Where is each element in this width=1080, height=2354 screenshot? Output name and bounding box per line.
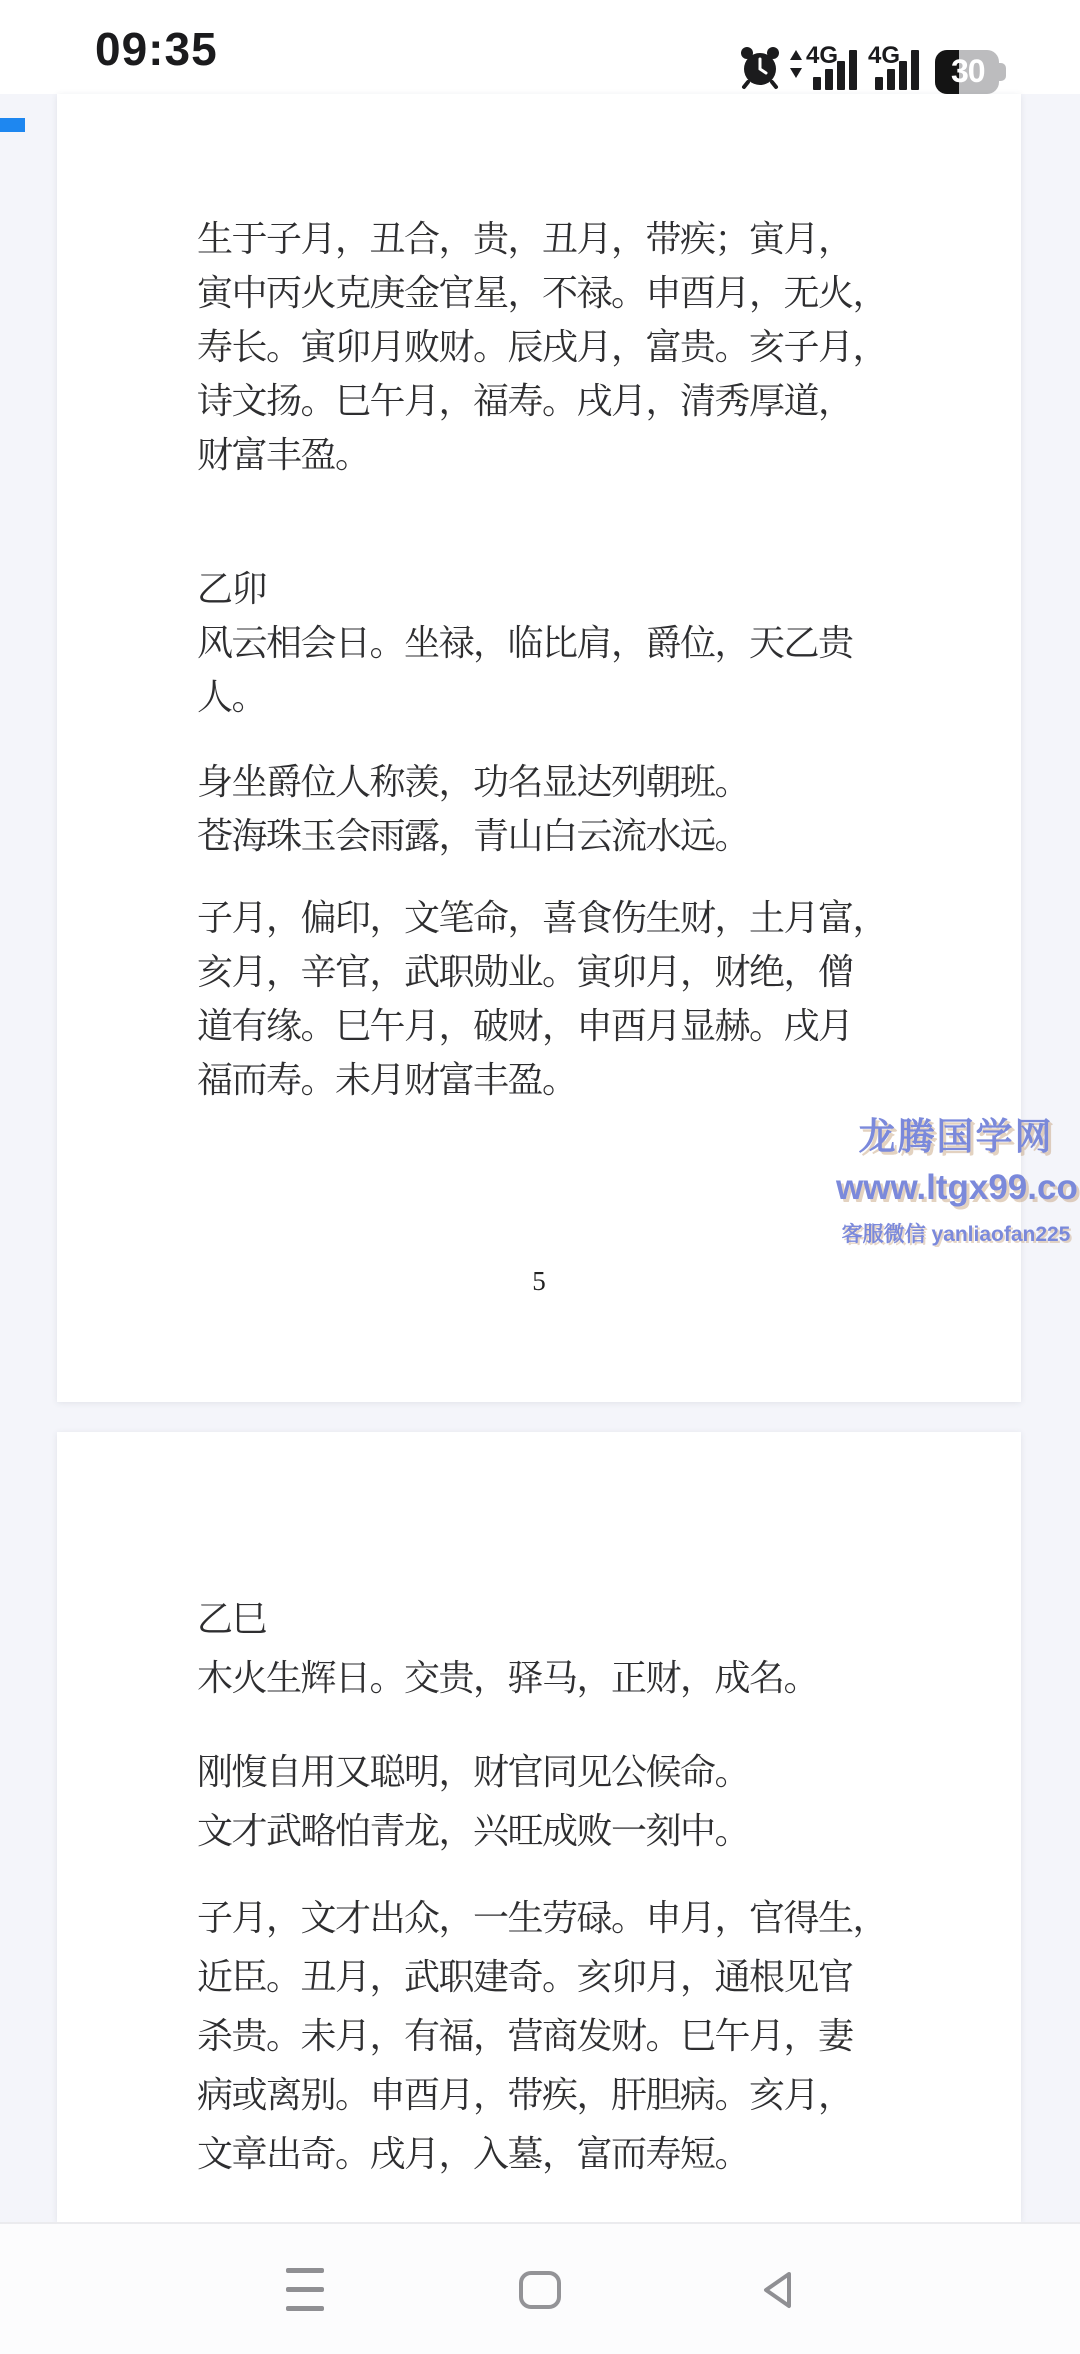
text-line: 子月，文才出众，一生劳碌。申月，官得生， xyxy=(197,1889,864,1948)
signal-2-icon: 4G xyxy=(868,48,932,90)
text-line: 人。 xyxy=(197,670,864,724)
text-line: 寿长。寅卯月败财。辰戌月，富贵。亥子月， xyxy=(197,320,864,374)
couplet: 刚愎自用又聪明，财官同见公候命。文才武略怕青龙，兴旺成败一刻中。 xyxy=(197,1743,864,1861)
text-line: 乙巳 xyxy=(197,1590,864,1649)
text-line: 刚愎自用又聪明，财官同见公候命。 xyxy=(197,1743,864,1802)
home-icon xyxy=(519,2271,561,2309)
section-yimao: 乙卯风云相会日。坐禄，临比肩，爵位，天乙贵人。 xyxy=(197,562,864,724)
menu-button[interactable] xyxy=(245,2224,365,2354)
network-type-label: 4G xyxy=(868,44,900,68)
data-updown-arrows-icon xyxy=(790,50,802,78)
back-button[interactable] xyxy=(718,2224,838,2354)
clock-time: 09:35 xyxy=(95,22,218,76)
text-line: 病或离别。申酉月，带疾，肝胆病。亥月， xyxy=(197,2066,864,2125)
battery-percent: 30 xyxy=(951,53,985,90)
text-line: 子月，偏印，文笔命，喜食伤生财，土月富， xyxy=(197,891,864,945)
text-line: 木火生辉日。交贵，驿马，正财，成名。 xyxy=(197,1649,864,1708)
text-line: 亥月，辛官，武职勋业。寅卯月，财绝，僧 xyxy=(197,945,864,999)
phone-screen: 09:35 4G 4G 30 xyxy=(0,0,1080,2354)
text-line: 身坐爵位人称羡，功名显达列朝班。 xyxy=(197,755,864,809)
text-line: 乙卯 xyxy=(197,562,864,616)
network-type-label: 4G xyxy=(806,44,838,68)
text-line: 寅中丙火克庚金官星，不禄。申酉月，无火， xyxy=(197,266,864,320)
text-line: 福而寿。未月财富丰盈。 xyxy=(197,1053,864,1107)
signal-1-icon: 4G xyxy=(806,48,870,90)
paragraph: 生于子月，丑合，贵，丑月，带疾；寅月，寅中丙火克庚金官星，不禄。申酉月，无火，寿… xyxy=(197,212,864,482)
back-icon xyxy=(755,2267,801,2313)
document-page-2[interactable]: 乙巳木火生辉日。交贵，驿马，正财，成名。 刚愎自用又聪明，财官同见公候命。文才武… xyxy=(57,1432,1021,2222)
text-line: 苍海珠玉会雨露，青山白云流水远。 xyxy=(197,809,864,863)
status-bar: 09:35 4G 4G 30 xyxy=(0,0,1080,94)
couplet: 身坐爵位人称羡，功名显达列朝班。苍海珠玉会雨露，青山白云流水远。 xyxy=(197,755,864,863)
page-2-text: 乙巳木火生辉日。交贵，驿马，正财，成名。 刚愎自用又聪明，财官同见公候命。文才武… xyxy=(57,1432,1021,2184)
reader-progress-handle[interactable] xyxy=(0,118,25,132)
menu-icon xyxy=(286,2268,324,2312)
text-line: 诗文扬。巳午月，福寿。戌月，清秀厚道， xyxy=(197,374,864,428)
text-line: 生于子月，丑合，贵，丑月，带疾；寅月， xyxy=(197,212,864,266)
text-line: 道有缘。巳午月，破财，申酉月显赫。戌月 xyxy=(197,999,864,1053)
paragraph: 子月，偏印，文笔命，喜食伤生财，土月富，亥月，辛官，武职勋业。寅卯月，财绝，僧道… xyxy=(197,891,864,1107)
document-page-1[interactable]: 生于子月，丑合，贵，丑月，带疾；寅月，寅中丙火克庚金官星，不禄。申酉月，无火，寿… xyxy=(57,94,1021,1402)
section-yisi: 乙巳木火生辉日。交贵，驿马，正财，成名。 xyxy=(197,1590,864,1708)
text-line: 文章出奇。戌月，入墓，富而寿短。 xyxy=(197,2125,864,2184)
alarm-clock-icon xyxy=(738,44,782,90)
page-number: 5 xyxy=(57,1266,1021,1297)
page-1-text: 生于子月，丑合，贵，丑月，带疾；寅月，寅中丙火克庚金官星，不禄。申酉月，无火，寿… xyxy=(57,94,1021,1107)
paragraph: 子月，文才出众，一生劳碌。申月，官得生，近臣。丑月，武职建奇。亥卯月，通根见官杀… xyxy=(197,1889,864,2184)
text-line: 近臣。丑月，武职建奇。亥卯月，通根见官 xyxy=(197,1948,864,2007)
battery-icon: 30 xyxy=(935,50,1009,94)
android-nav-bar xyxy=(0,2222,1080,2354)
text-line: 财富丰盈。 xyxy=(197,428,864,482)
text-line: 文才武略怕青龙，兴旺成败一刻中。 xyxy=(197,1802,864,1861)
text-line: 风云相会日。坐禄，临比肩，爵位，天乙贵 xyxy=(197,616,864,670)
text-line: 杀贵。未月，有福，营商发财。巳午月，妻 xyxy=(197,2007,864,2066)
home-button[interactable] xyxy=(480,2224,600,2354)
